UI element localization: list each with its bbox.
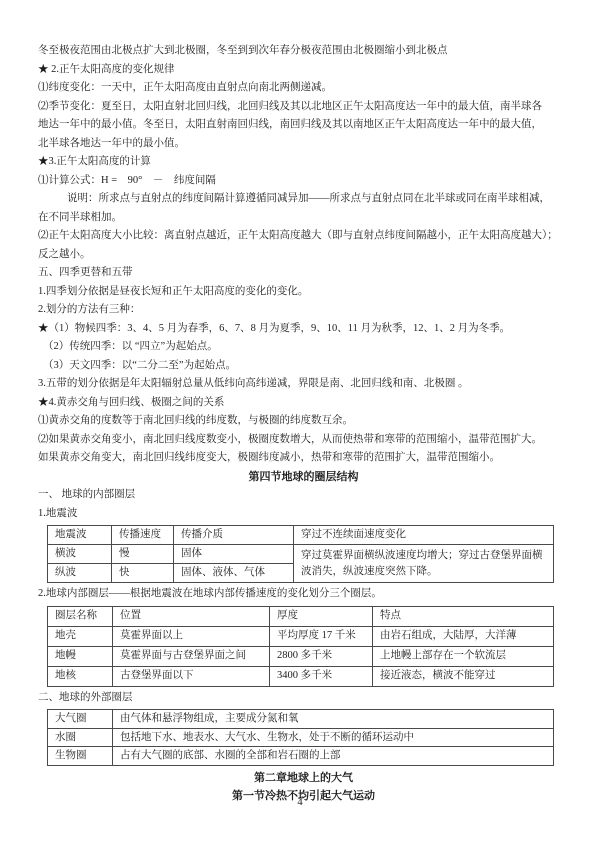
text-line: 冬至极夜范围由北极点扩大到北极圈，冬至到到次年春分极夜范围由北极圈缩小到北极点: [38, 42, 569, 61]
outer-layers-heading: 二、地球的外部圈层: [38, 689, 569, 708]
table-row: 地核 古登堡界面以下 3400 多千米 接近液态，横波不能穿过: [48, 666, 554, 686]
table-row: 圈层名称 位置 厚度 特点: [48, 606, 554, 626]
inner-layers-table: 圈层名称 位置 厚度 特点 地壳 莫霍界面以上 平均厚度 17 千米 由岩石组成…: [47, 606, 554, 687]
text-line: （2）传统四季：以 “四立”为起始点。: [38, 338, 569, 357]
seismic-wave-table: 地震波 传播速度 传播介质 穿过不连续面速度变化 横波 慢 固体 穿过莫霍界面横…: [47, 525, 554, 583]
text-line: ★3.正午太阳高度的计算: [38, 153, 569, 172]
text-line: （3）天文四季：以“二分二至”为起始点。: [38, 357, 569, 376]
table-header-cell: 厚度: [270, 606, 373, 626]
table-cell: 占有大气圈的底部、水圈的全部和岩石圈的上部: [113, 747, 554, 766]
text-line: ⑴纬度变化：一天中，正午太阳高度由直射点向南北两侧递减。: [38, 79, 569, 98]
table-row: 大气圈 由气体和悬浮物组成，主要成分氮和氧: [48, 710, 554, 729]
table-cell: 古登堡界面以下: [113, 666, 270, 686]
table-header-cell: 传播速度: [112, 526, 174, 545]
table-cell: 快: [112, 564, 174, 583]
chapter-two-title: 第二章地球上的大气: [38, 769, 569, 788]
table-cell: 生物圈: [48, 747, 113, 766]
inner-layers-note: 2.地球内部圈层——根据地震波在地球内部传播速度的变化划分三个圈层。: [38, 585, 569, 604]
table-cell: 上地幔上部存在一个软流层: [373, 646, 554, 666]
table-header-cell: 特点: [373, 606, 554, 626]
table-cell: 固体、液体、气体: [174, 564, 294, 583]
inner-layers-heading: 一、 地球的内部圈层: [38, 486, 569, 505]
table-row: 地壳 莫霍界面以上 平均厚度 17 千米 由岩石组成，大陆厚，大洋薄: [48, 626, 554, 646]
document-body: 冬至极夜范围由北极点扩大到北极圈，冬至到到次年春分极夜范围由北极圈缩小到北极点 …: [38, 42, 569, 806]
table-cell: 地幔: [48, 646, 113, 666]
table-cell: 慢: [112, 545, 174, 564]
table-cell: 莫霍界面以上: [113, 626, 270, 646]
table-cell: 由岩石组成，大陆厚，大洋薄: [373, 626, 554, 646]
text-line: 如果黄赤交角变大，南北回归线纬度变大，极圈纬度减小，热带和寒带的范围扩大，温带范…: [38, 449, 569, 468]
text-line: 北半球各地达一年中的最小值。: [38, 135, 569, 154]
table-cell: 横波: [48, 545, 112, 564]
table-cell-merged: 穿过莫霍界面横纵波速度均增大；穿过古登堡界面横波消失，纵波速度突然下降。: [294, 545, 554, 583]
table-row: 生物圈 占有大气圈的底部、水圈的全部和岩石圈的上部: [48, 747, 554, 766]
table-cell: 水圈: [48, 728, 113, 747]
text-line: ⑵正午太阳高度大小比较：离直射点越近，正午太阳高度越大（即与直射点纬度间隔越小，…: [38, 227, 569, 246]
text-line: ⑴黄赤交角的度数等于南北回归线的纬度数，与极圈的纬度数互余。: [38, 412, 569, 431]
outer-layers-table: 大气圈 由气体和悬浮物组成，主要成分氮和氧 水圈 包括地下水、地表水、大气水、生…: [47, 709, 554, 766]
table-cell: 大气圈: [48, 710, 113, 729]
table-header-cell: 传播介质: [174, 526, 294, 545]
page-number: 4: [0, 797, 600, 808]
formula-line: ⑴计算公式：H = 90° － 纬度间隔: [38, 172, 569, 191]
text-line: 反之越小。: [38, 246, 569, 265]
text-line: ★ 2.正午太阳高度的变化规律: [38, 61, 569, 80]
text-line: ⑵如果黄赤交角变小，南北回归线度数变小，极圈度数增大，从而使热带和寒带的范围缩小…: [38, 431, 569, 450]
table-row: 水圈 包括地下水、地表水、大气水、生物水，处于不断的循环运动中: [48, 728, 554, 747]
table-cell: 平均厚度 17 千米: [270, 626, 373, 646]
table-header-cell: 圈层名称: [48, 606, 113, 626]
text-line: 地达一年中的最小值。冬至日，太阳直射南回归线，南回归线及其以南地区正午太阳高度达…: [38, 116, 569, 135]
table-cell: 地核: [48, 666, 113, 686]
section-four-title: 第四节地球的圈层结构: [38, 468, 569, 487]
table-header-cell: 位置: [113, 606, 270, 626]
table-header-cell: 穿过不连续面速度变化: [294, 526, 554, 545]
seismic-wave-label: 1.地震波: [38, 505, 569, 524]
text-line: 1.四季划分依据是昼夜长短和正午太阳高度的变化的变化。: [38, 283, 569, 302]
table-cell: 接近液态，横波不能穿过: [373, 666, 554, 686]
table-row: 横波 慢 固体 穿过莫霍界面横纵波速度均增大；穿过古登堡界面横波消失，纵波速度突…: [48, 545, 554, 564]
table-row: 地幔 莫霍界面与古登堡界面之间 2800 多千米 上地幔上部存在一个软流层: [48, 646, 554, 666]
text-line: 在不同半球相加。: [38, 209, 569, 228]
table-cell: 由气体和悬浮物组成，主要成分氮和氧: [113, 710, 554, 729]
table-cell: 固体: [174, 545, 294, 564]
table-cell: 3400 多千米: [270, 666, 373, 686]
table-cell: 包括地下水、地表水、大气水、生物水，处于不断的循环运动中: [113, 728, 554, 747]
text-line: 3.五带的划分依据是年太阳辐射总量从低纬向高纬递减，界限是南、北回归线和南、北极…: [38, 375, 569, 394]
table-cell: 2800 多千米: [270, 646, 373, 666]
text-line: ★4.黄赤交角与回归线、极圈之间的关系: [38, 394, 569, 413]
table-row: 地震波 传播速度 传播介质 穿过不连续面速度变化: [48, 526, 554, 545]
text-line: 说明：所求点与直射点的纬度间隔计算遵循同减异加——所求点与直射点同在北半球或同在…: [38, 190, 569, 209]
text-line: 2.划分的方法有三种：: [38, 301, 569, 320]
table-cell: 莫霍界面与古登堡界面之间: [113, 646, 270, 666]
table-cell: 地壳: [48, 626, 113, 646]
section-five-heading: 五、四季更替和五带: [38, 264, 569, 283]
text-line: ⑵季节变化：夏至日，太阳直射北回归线，北回归线及其以北地区正午太阳高度达一年中的…: [38, 98, 569, 117]
text-line: ★（1）物候四季：3、4、5 月为春季，6、7、8 月为夏季，9、10、11 月…: [38, 320, 569, 339]
table-cell: 纵波: [48, 564, 112, 583]
table-header-cell: 地震波: [48, 526, 112, 545]
